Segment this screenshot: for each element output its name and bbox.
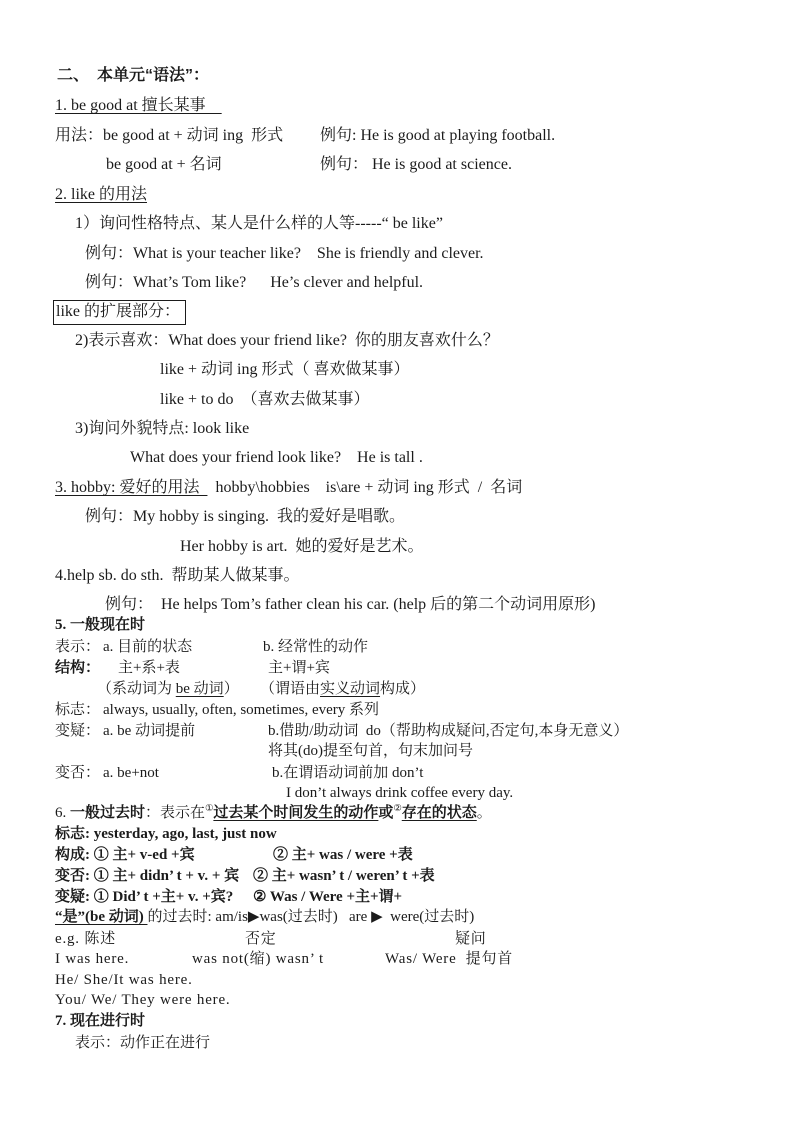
text-segment: I was here.	[55, 950, 129, 968]
text-run: 疑问	[455, 931, 487, 947]
text-segment: 2)表示喜欢：What does your friend like? 你的朋友喜…	[75, 331, 499, 350]
text-run: 表示：	[55, 639, 100, 655]
text-segment: “是”(be 动词) 的过去时: am/is▶was(过去时) are ▶ we…	[55, 908, 474, 926]
text-run: 变否：	[55, 765, 100, 781]
text-segment: 二、 本单元“语法”：	[57, 66, 209, 85]
text-run: （系动词为	[97, 681, 176, 697]
text-segment: 5. 一般现在时	[55, 616, 145, 634]
text-run: 例句：What’s Tom like? He’s clever and help…	[85, 274, 423, 291]
text-run: 变疑: ① Did’ t +主+ v. +宾?	[55, 889, 233, 905]
text-segment: What does your friend look like? He is t…	[130, 448, 423, 467]
text-run: like + 动词 ing 形式（ 喜欢做某事）	[160, 361, 409, 378]
text-run: 1）询问性格特点、某人是什么样的人等-----“ be like”	[75, 215, 443, 232]
text-run: like 的扩展部分：	[53, 300, 186, 325]
text-run: 标志：	[55, 702, 100, 718]
text-segment: b.借助/助动词 do（帮助构成疑问,否定句,本身无意义）	[268, 722, 628, 740]
text-segment: 否定	[245, 930, 277, 948]
text-run: be good at + 名词	[106, 156, 222, 173]
text-run: a. be 动词提前	[103, 723, 195, 739]
text-run: 过去某个时间发生的动作	[213, 805, 378, 821]
text-segment: 结构：	[55, 659, 100, 677]
text-segment: b. 经常性的动作	[263, 638, 368, 656]
text-run: ② 主+ was / were +表	[273, 847, 413, 863]
text-run: 3)询问外貌特点: look like	[75, 420, 249, 437]
text-run: a. be+not	[103, 765, 159, 781]
text-segment: I don’t always drink coffee every day.	[286, 784, 513, 802]
text-segment: 用法：be good at + 动词 ing 形式	[55, 126, 283, 145]
text-run: ② 主+ wasn’ t / weren’ t +表	[253, 868, 435, 884]
text-run: “是”(be 动词)	[55, 909, 148, 925]
text-segment: a. 目前的状态	[103, 638, 192, 656]
text-run: be 动词	[176, 681, 224, 697]
text-segment: （系动词为 be 动词）	[97, 680, 239, 698]
text-run: 标志: yesterday, ago, last, just now	[55, 826, 277, 842]
text-run: e.g. 陈述	[55, 931, 116, 947]
text-segment: 例句： He helps Tom’s father clean his car.…	[105, 595, 596, 614]
text-run: 例句：What is your teacher like? She is fri…	[85, 245, 484, 262]
text-run: He/ She/It was here.	[55, 972, 193, 988]
text-segment: 例句：My hobby is singing. 我的爱好是唱歌。	[85, 507, 405, 526]
text-run: b.在谓语动词前加 don’t	[272, 765, 423, 781]
text-segment: He/ She/It was here.	[55, 971, 193, 989]
text-run: always, usually, often, sometimes, every…	[103, 702, 379, 718]
text-segment: 3. hobby: 爱好的用法 hobby\hobbies is\are + 动…	[55, 478, 522, 497]
text-run: was not(缩) wasn’ t	[192, 951, 324, 967]
text-segment: 主+系+表	[118, 659, 180, 677]
text-run: hobby\hobbies is\are + 动词 ing 形式 / 名词	[207, 479, 522, 496]
text-run: like + to do （喜欢去做某事）	[160, 391, 369, 408]
text-run: 结构：	[55, 660, 100, 676]
text-run: ）	[224, 681, 239, 697]
text-segment: （谓语由实义动词构成）	[260, 680, 425, 698]
text-run: 否定	[245, 931, 277, 947]
text-run: I don’t always drink coffee every day.	[286, 785, 513, 801]
text-run: 实义动词	[320, 681, 380, 697]
text-segment: 3)询问外貌特点: look like	[75, 419, 249, 438]
text-segment: 表示：动作正在进行	[75, 1034, 210, 1052]
text-run: a. 目前的状态	[103, 639, 192, 655]
text-segment: 例句：What is your teacher like? She is fri…	[85, 244, 484, 263]
text-segment: 6. 一般过去时：表示在①过去某个时间发生的动作或②存在的状态。	[55, 804, 492, 822]
text-run: 二、 本单元“语法”：	[57, 67, 209, 84]
text-segment: a. be+not	[103, 764, 159, 782]
text-segment: a. be 动词提前	[103, 722, 195, 740]
text-run: What does your friend look like? He is t…	[130, 449, 423, 466]
text-run: 5. 一般现在时	[55, 617, 145, 633]
text-run: 主+系+表	[118, 660, 180, 676]
text-run: b. 经常性的动作	[263, 639, 368, 655]
text-run: 例句： He helps Tom’s father clean his car.…	[105, 596, 596, 613]
text-segment: 变否: ① 主+ didn’ t + v. + 宾	[55, 867, 239, 885]
text-segment: 1. be good at 擅长某事	[55, 96, 222, 115]
text-segment: Was/ Were 提句首	[385, 950, 513, 968]
text-run: You/ We/ They were here.	[55, 992, 230, 1008]
text-run: 例句: He is good at playing football.	[320, 127, 555, 144]
text-run: 3. hobby: 爱好的用法	[55, 479, 207, 496]
text-segment: ② 主+ wasn’ t / weren’ t +表	[253, 867, 435, 885]
text-run: 主+谓+宾	[268, 660, 330, 676]
text-run: 例句：My hobby is singing. 我的爱好是唱歌。	[85, 508, 405, 525]
text-run: 。	[477, 805, 492, 821]
text-segment: ② Was / Were +主+谓+	[253, 888, 402, 906]
text-segment: 变疑：	[55, 722, 100, 740]
text-segment: 4.help sb. do sth. 帮助某人做某事。	[55, 566, 299, 585]
text-segment: 标志: yesterday, ago, last, just now	[55, 825, 277, 843]
text-run: 或	[378, 805, 393, 821]
text-segment: e.g. 陈述	[55, 930, 116, 948]
text-segment: 1）询问性格特点、某人是什么样的人等-----“ be like”	[75, 214, 443, 233]
text-run: （谓语由	[260, 681, 320, 697]
text-segment: ② 主+ was / were +表	[273, 846, 413, 864]
text-run: 的过去时: am/is▶was(过去时) are ▶ were(过去时)	[148, 909, 475, 925]
text-segment: always, usually, often, sometimes, every…	[103, 701, 379, 719]
text-run: ②	[393, 804, 401, 814]
text-run: 2. like 的用法	[55, 186, 147, 203]
text-segment: be good at + 名词	[106, 155, 222, 174]
text-segment: was not(缩) wasn’ t	[192, 950, 324, 968]
text-run: 4.help sb. do sth. 帮助某人做某事。	[55, 567, 299, 584]
text-run: Her hobby is art. 她的爱好是艺术。	[180, 538, 424, 555]
text-run: I was here.	[55, 951, 129, 967]
text-segment: 将其(do)提至句首，句末加问号	[268, 742, 473, 760]
text-run: b.借助/助动词 do（帮助构成疑问,否定句,本身无意义）	[268, 723, 628, 739]
text-run: 存在的状态	[402, 805, 477, 821]
text-segment: 变否：	[55, 764, 100, 782]
text-segment: 主+谓+宾	[268, 659, 330, 677]
text-segment: 2. like 的用法	[55, 185, 147, 204]
text-run: Was/ Were 提句首	[385, 951, 513, 967]
text-run: 7. 现在进行时	[55, 1013, 145, 1029]
text-segment: 例句: He is good at playing football.	[320, 126, 555, 145]
text-run: 表示：动作正在进行	[75, 1035, 210, 1051]
text-segment: 表示：	[55, 638, 100, 656]
text-run: 构成）	[380, 681, 425, 697]
text-run: ② Was / Were +主+谓+	[253, 889, 402, 905]
text-run: 构成: ① 主+ v-ed +宾	[55, 847, 195, 863]
text-run: 变否: ① 主+ didn’ t + v. + 宾	[55, 868, 239, 884]
text-segment: like 的扩展部分：	[53, 300, 186, 325]
text-run: 2)表示喜欢：What does your friend like? 你的朋友喜…	[75, 332, 499, 349]
text-segment: like + to do （喜欢去做某事）	[160, 390, 369, 409]
text-segment: Her hobby is art. 她的爱好是艺术。	[180, 537, 424, 556]
text-segment: You/ We/ They were here.	[55, 991, 230, 1009]
text-segment: 例句：What’s Tom like? He’s clever and help…	[85, 273, 423, 292]
text-run: 将其(do)提至句首，句末加问号	[268, 743, 473, 759]
text-segment: 疑问	[455, 930, 487, 948]
text-run: 例句： He is good at science.	[320, 156, 512, 173]
text-run: 变疑：	[55, 723, 100, 739]
text-segment: 标志：	[55, 701, 100, 719]
text-run: 用法：be good at + 动词 ing 形式	[55, 127, 283, 144]
text-segment: 构成: ① 主+ v-ed +宾	[55, 846, 195, 864]
document-page: 二、 本单元“语法”：1. be good at 擅长某事 用法：be good…	[0, 0, 793, 1122]
text-segment: 例句： He is good at science.	[320, 155, 512, 174]
text-segment: like + 动词 ing 形式（ 喜欢做某事）	[160, 360, 409, 379]
text-run: 一般过去时	[70, 805, 145, 821]
text-segment: b.在谓语动词前加 don’t	[272, 764, 423, 782]
text-run: 6.	[55, 805, 70, 821]
text-segment: 变疑: ① Did’ t +主+ v. +宾?	[55, 888, 233, 906]
text-segment: 7. 现在进行时	[55, 1012, 145, 1030]
text-run: 1. be good at 擅长某事	[55, 97, 222, 114]
text-run: ：表示在	[145, 805, 205, 821]
